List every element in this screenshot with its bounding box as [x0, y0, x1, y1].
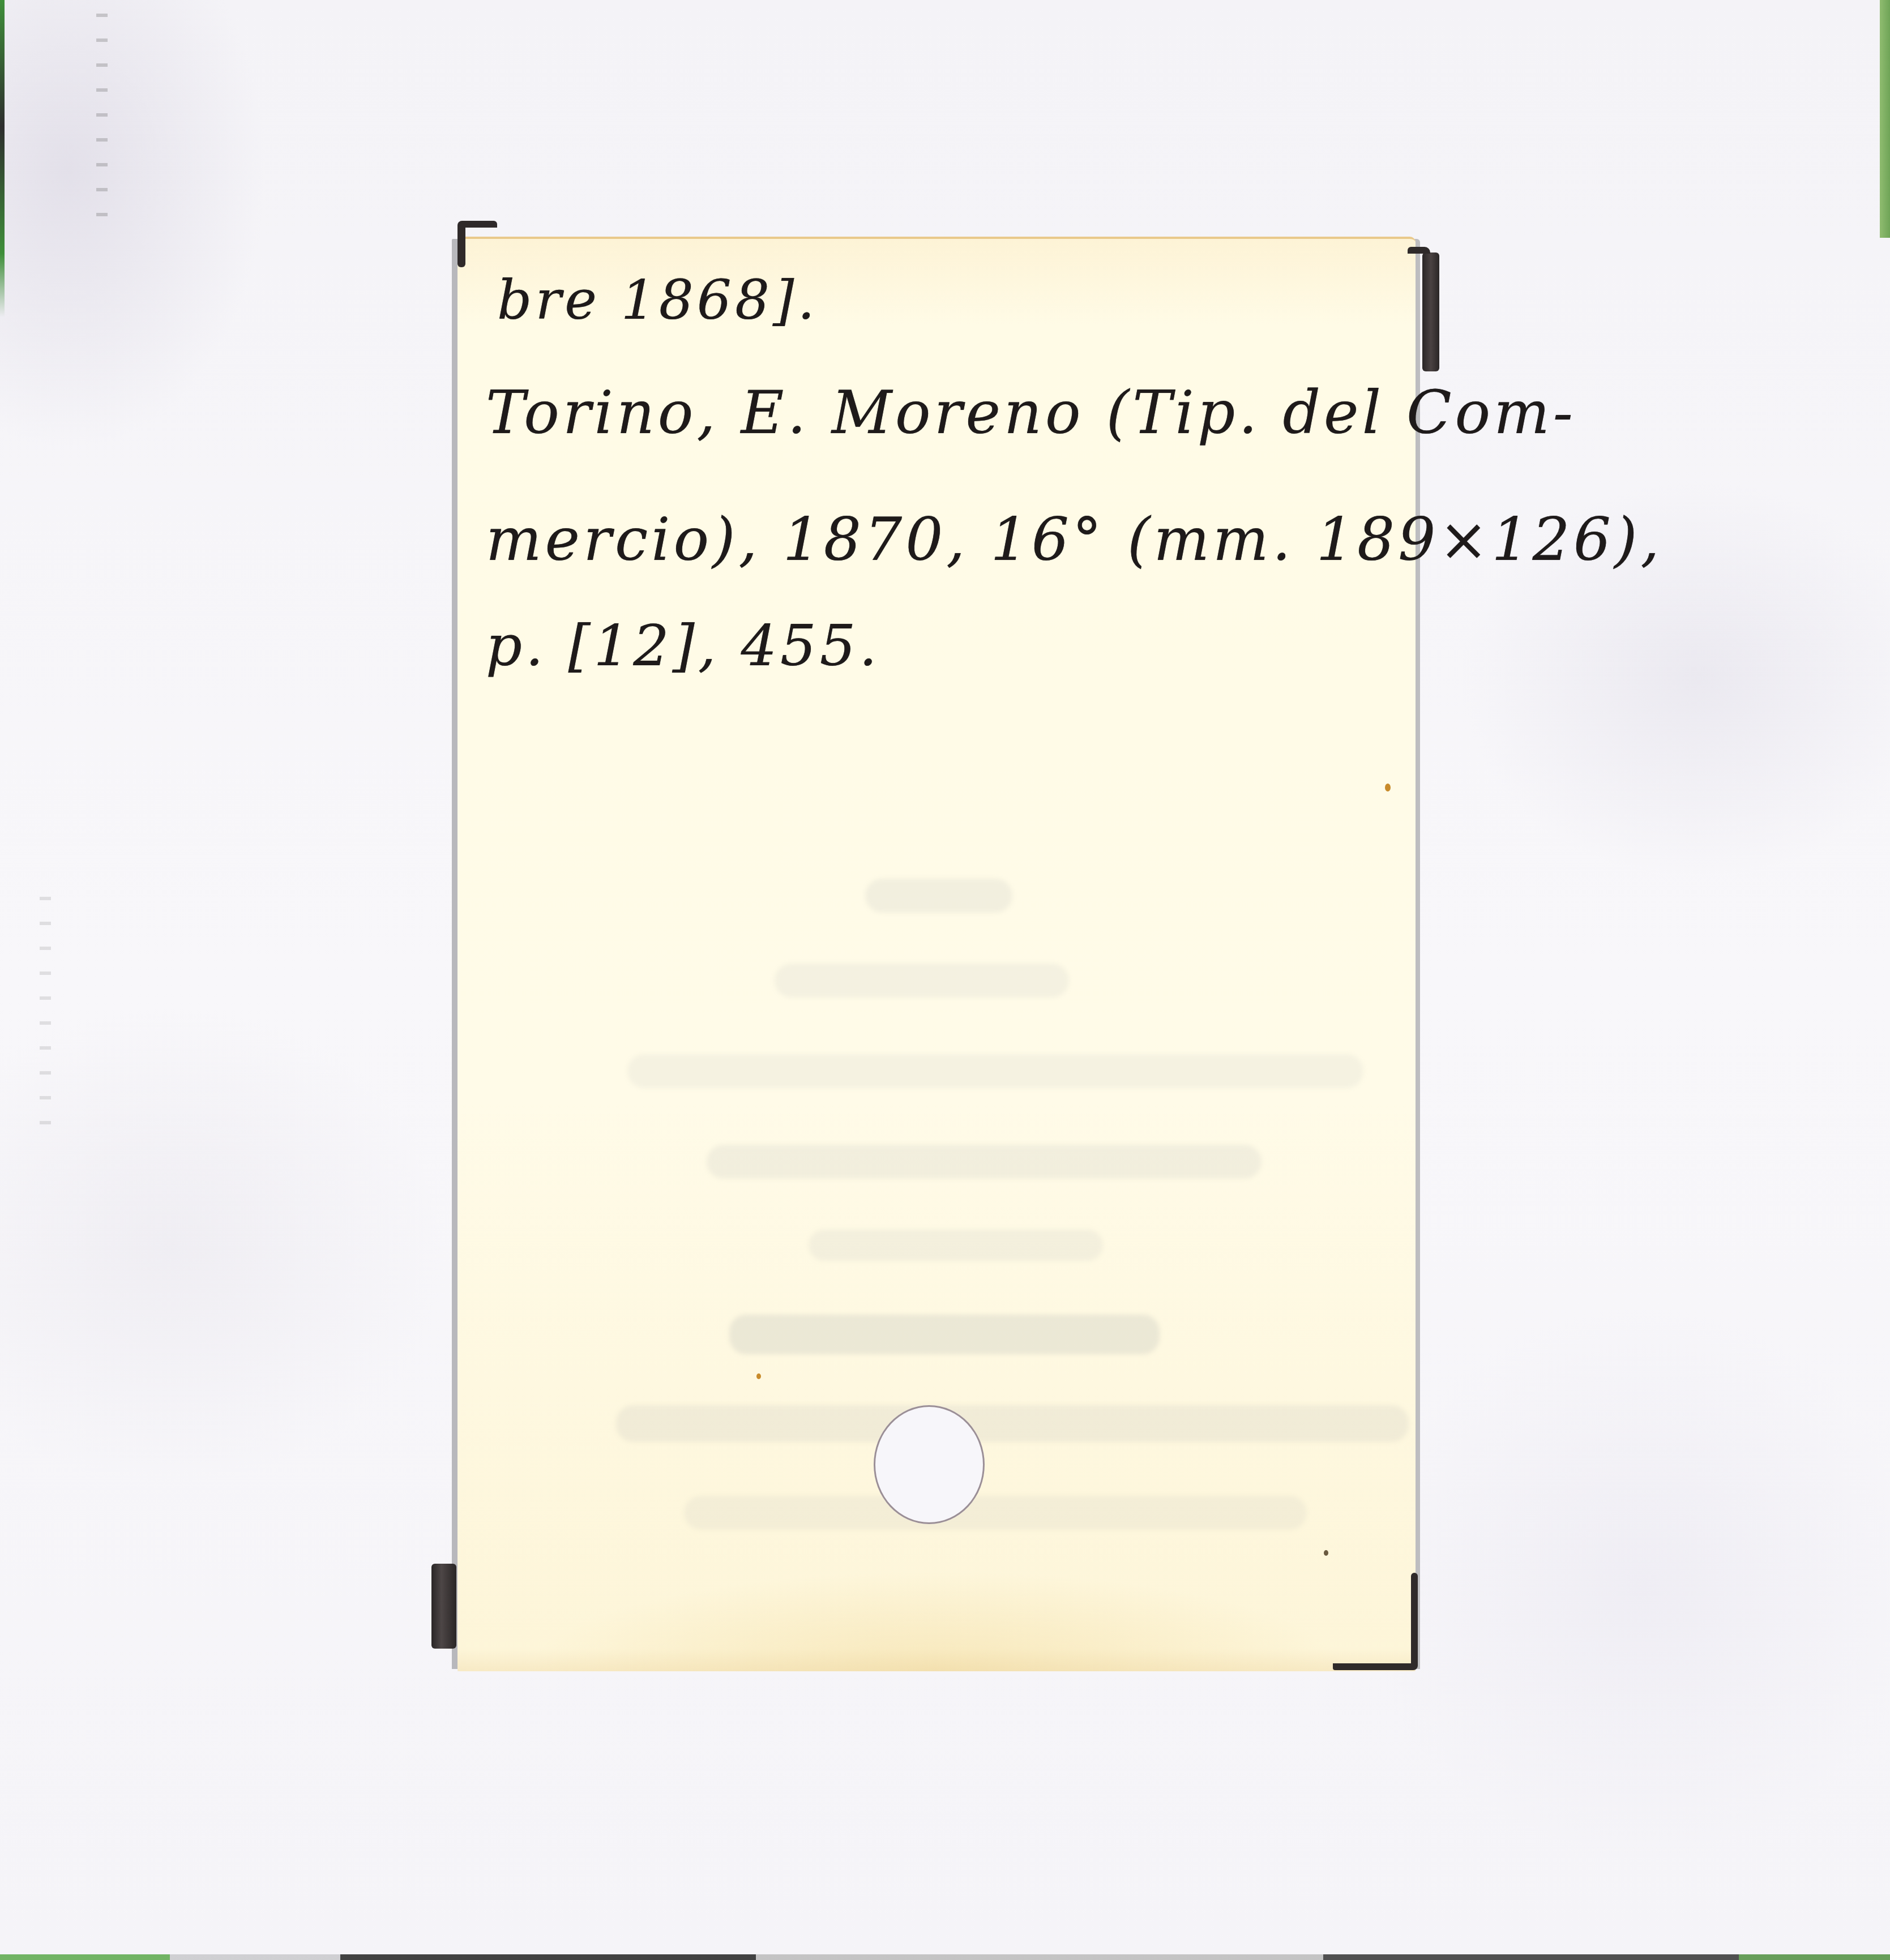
bleed-through-mark — [684, 1496, 1307, 1530]
metal-clip-bottom-right — [1411, 1573, 1418, 1667]
foxing-spot — [1385, 784, 1391, 791]
bleed-through-mark — [616, 1405, 1409, 1442]
foxing-spot — [756, 1373, 761, 1379]
bleed-through-mark — [865, 879, 1012, 913]
punch-hole — [874, 1405, 985, 1524]
bleed-through-mark — [729, 1315, 1160, 1354]
card-line-imprint: Torino, E. Moreno (Tip. del Com- — [486, 378, 1576, 447]
metal-clip-bottom-left — [431, 1564, 456, 1649]
bleed-through-mark — [627, 1054, 1363, 1088]
scan-edge-artifact-left — [0, 0, 5, 317]
metal-clip-top-left — [457, 228, 465, 267]
perforated-edge-left — [40, 883, 51, 1144]
card-line-date: bre 1868]. — [497, 268, 818, 332]
metal-clip-top-right — [1422, 253, 1439, 371]
bleed-through-mark — [775, 964, 1069, 998]
foxing-spot — [1324, 1550, 1328, 1556]
card-line-pagination: p. [12], 455. — [486, 613, 880, 679]
scan-edge-artifact-right — [1880, 0, 1890, 238]
bleed-through-mark — [809, 1230, 1103, 1261]
scan-edge-artifact-bottom — [0, 1954, 1890, 1960]
perforated-edge-top — [96, 0, 108, 238]
catalog-card: bre 1868]. Torino, E. Moreno (Tip. del C… — [457, 237, 1416, 1671]
bleed-through-mark — [707, 1145, 1262, 1179]
card-line-imprint-continued: mercio), 1870, 16° (mm. 189×126), — [486, 505, 1663, 574]
